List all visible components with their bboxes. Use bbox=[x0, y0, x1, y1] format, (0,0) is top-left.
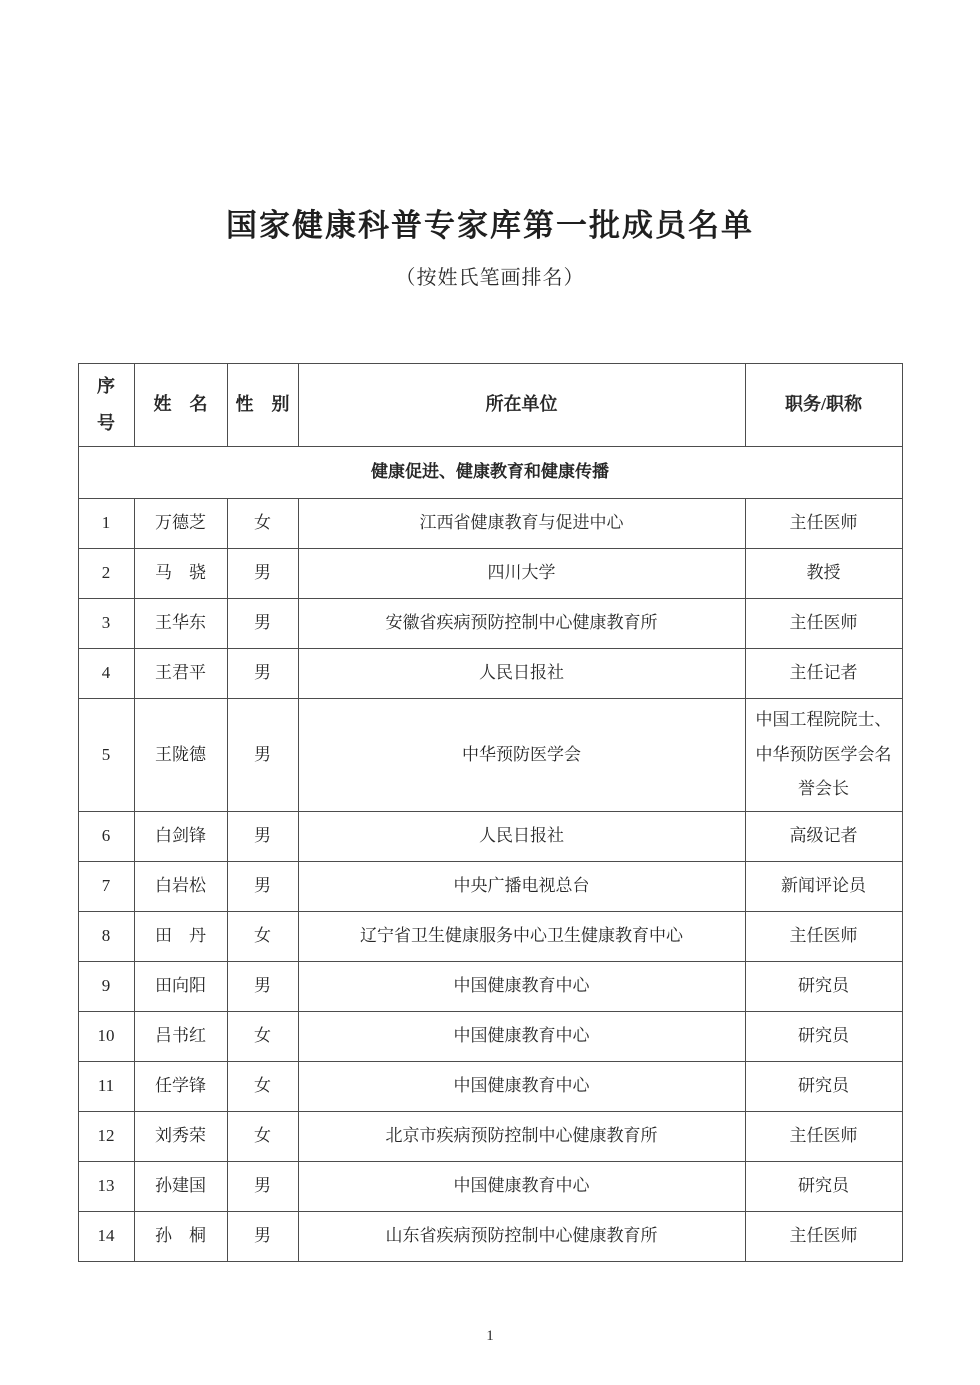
col-header-no: 序 号 bbox=[78, 364, 134, 447]
cell-organization: 人民日报社 bbox=[298, 812, 745, 862]
cell-name: 刘秀荣 bbox=[134, 1112, 227, 1162]
col-header-title: 职务/职称 bbox=[745, 364, 902, 447]
table-row: 1 万德芝 女 江西省健康教育与促进中心 主任医师 bbox=[78, 498, 902, 548]
section-header: 健康促进、健康教育和健康传播 bbox=[78, 446, 902, 498]
cell-name: 田向阳 bbox=[134, 962, 227, 1012]
cell-name: 孙建国 bbox=[134, 1162, 227, 1212]
cell-gender: 男 bbox=[227, 1162, 298, 1212]
cell-name: 吕书红 bbox=[134, 1012, 227, 1062]
cell-serial-number: 10 bbox=[78, 1012, 134, 1062]
table-row: 10 吕书红 女 中国健康教育中心 研究员 bbox=[78, 1012, 902, 1062]
cell-gender: 女 bbox=[227, 1012, 298, 1062]
cell-name: 王君平 bbox=[134, 648, 227, 698]
cell-organization: 中国健康教育中心 bbox=[298, 962, 745, 1012]
cell-gender: 男 bbox=[227, 548, 298, 598]
cell-organization: 中国健康教育中心 bbox=[298, 1162, 745, 1212]
cell-gender: 男 bbox=[227, 962, 298, 1012]
cell-gender: 男 bbox=[227, 812, 298, 862]
col-header-name: 姓 名 bbox=[134, 364, 227, 447]
cell-organization: 中央广播电视总台 bbox=[298, 862, 745, 912]
cell-position-title: 主任医师 bbox=[745, 498, 902, 548]
cell-name: 孙 桐 bbox=[134, 1212, 227, 1262]
document-page: 国家健康科普专家库第一批成员名单 （按姓氏笔画排名） 序 号 姓 名 性 别 所… bbox=[0, 0, 980, 1385]
cell-serial-number: 7 bbox=[78, 862, 134, 912]
members-table: 序 号 姓 名 性 别 所在单位 职务/职称 健康促进、健康教育和健康传播 1 … bbox=[78, 363, 903, 1262]
col-header-gender: 性 别 bbox=[227, 364, 298, 447]
cell-position-title: 新闻评论员 bbox=[745, 862, 902, 912]
cell-name: 白剑锋 bbox=[134, 812, 227, 862]
cell-position-title: 主任医师 bbox=[745, 598, 902, 648]
table-header-row: 序 号 姓 名 性 别 所在单位 职务/职称 bbox=[78, 364, 902, 447]
cell-name: 马 骁 bbox=[134, 548, 227, 598]
cell-gender: 男 bbox=[227, 1212, 298, 1262]
cell-position-title: 研究员 bbox=[745, 1012, 902, 1062]
cell-serial-number: 3 bbox=[78, 598, 134, 648]
table-row: 14 孙 桐 男 山东省疾病预防控制中心健康教育所 主任医师 bbox=[78, 1212, 902, 1262]
cell-gender: 女 bbox=[227, 1112, 298, 1162]
cell-name: 白岩松 bbox=[134, 862, 227, 912]
cell-position-title: 高级记者 bbox=[745, 812, 902, 862]
cell-gender: 女 bbox=[227, 498, 298, 548]
table-row: 6 白剑锋 男 人民日报社 高级记者 bbox=[78, 812, 902, 862]
cell-serial-number: 8 bbox=[78, 912, 134, 962]
cell-position-title: 研究员 bbox=[745, 1162, 902, 1212]
cell-organization: 中国健康教育中心 bbox=[298, 1062, 745, 1112]
cell-serial-number: 5 bbox=[78, 698, 134, 812]
table-row: 9 田向阳 男 中国健康教育中心 研究员 bbox=[78, 962, 902, 1012]
table-row: 3 王华东 男 安徽省疾病预防控制中心健康教育所 主任医师 bbox=[78, 598, 902, 648]
table-row: 2 马 骁 男 四川大学 教授 bbox=[78, 548, 902, 598]
cell-gender: 男 bbox=[227, 862, 298, 912]
table-row: 12 刘秀荣 女 北京市疾病预防控制中心健康教育所 主任医师 bbox=[78, 1112, 902, 1162]
section-header-row: 健康促进、健康教育和健康传播 bbox=[78, 446, 902, 498]
cell-position-title: 主任医师 bbox=[745, 912, 902, 962]
cell-gender: 男 bbox=[227, 598, 298, 648]
cell-name: 王华东 bbox=[134, 598, 227, 648]
table-row: 8 田 丹 女 辽宁省卫生健康服务中心卫生健康教育中心 主任医师 bbox=[78, 912, 902, 962]
page-title: 国家健康科普专家库第一批成员名单 bbox=[0, 0, 980, 245]
cell-serial-number: 9 bbox=[78, 962, 134, 1012]
cell-organization: 人民日报社 bbox=[298, 648, 745, 698]
cell-organization: 北京市疾病预防控制中心健康教育所 bbox=[298, 1112, 745, 1162]
cell-name: 王陇德 bbox=[134, 698, 227, 812]
cell-position-title: 主任记者 bbox=[745, 648, 902, 698]
col-header-org: 所在单位 bbox=[298, 364, 745, 447]
table-row: 7 白岩松 男 中央广播电视总台 新闻评论员 bbox=[78, 862, 902, 912]
cell-serial-number: 11 bbox=[78, 1062, 134, 1112]
page-subtitle: （按姓氏笔画排名） bbox=[0, 261, 980, 290]
cell-organization: 四川大学 bbox=[298, 548, 745, 598]
table-row: 5 王陇德 男 中华预防医学会 中国工程院院士、中华预防医学会名誉会长 bbox=[78, 698, 902, 812]
cell-name: 任学锋 bbox=[134, 1062, 227, 1112]
cell-organization: 江西省健康教育与促进中心 bbox=[298, 498, 745, 548]
table-body: 健康促进、健康教育和健康传播 1 万德芝 女 江西省健康教育与促进中心 主任医师… bbox=[78, 446, 902, 1262]
cell-gender: 男 bbox=[227, 698, 298, 812]
page-number: 1 bbox=[0, 1328, 980, 1345]
cell-serial-number: 12 bbox=[78, 1112, 134, 1162]
cell-position-title: 教授 bbox=[745, 548, 902, 598]
cell-organization: 中国健康教育中心 bbox=[298, 1012, 745, 1062]
cell-organization: 辽宁省卫生健康服务中心卫生健康教育中心 bbox=[298, 912, 745, 962]
cell-gender: 男 bbox=[227, 648, 298, 698]
cell-position-title: 主任医师 bbox=[745, 1112, 902, 1162]
cell-serial-number: 4 bbox=[78, 648, 134, 698]
table-row: 13 孙建国 男 中国健康教育中心 研究员 bbox=[78, 1162, 902, 1212]
cell-position-title: 主任医师 bbox=[745, 1212, 902, 1262]
cell-position-title: 研究员 bbox=[745, 962, 902, 1012]
cell-serial-number: 6 bbox=[78, 812, 134, 862]
cell-serial-number: 2 bbox=[78, 548, 134, 598]
cell-serial-number: 1 bbox=[78, 498, 134, 548]
table-row: 4 王君平 男 人民日报社 主任记者 bbox=[78, 648, 902, 698]
table-row: 11 任学锋 女 中国健康教育中心 研究员 bbox=[78, 1062, 902, 1112]
cell-organization: 中华预防医学会 bbox=[298, 698, 745, 812]
cell-name: 万德芝 bbox=[134, 498, 227, 548]
cell-organization: 山东省疾病预防控制中心健康教育所 bbox=[298, 1212, 745, 1262]
cell-gender: 女 bbox=[227, 912, 298, 962]
cell-serial-number: 14 bbox=[78, 1212, 134, 1262]
cell-position-title: 中国工程院院士、中华预防医学会名誉会长 bbox=[745, 698, 902, 812]
cell-serial-number: 13 bbox=[78, 1162, 134, 1212]
cell-organization: 安徽省疾病预防控制中心健康教育所 bbox=[298, 598, 745, 648]
cell-position-title: 研究员 bbox=[745, 1062, 902, 1112]
cell-name: 田 丹 bbox=[134, 912, 227, 962]
cell-gender: 女 bbox=[227, 1062, 298, 1112]
